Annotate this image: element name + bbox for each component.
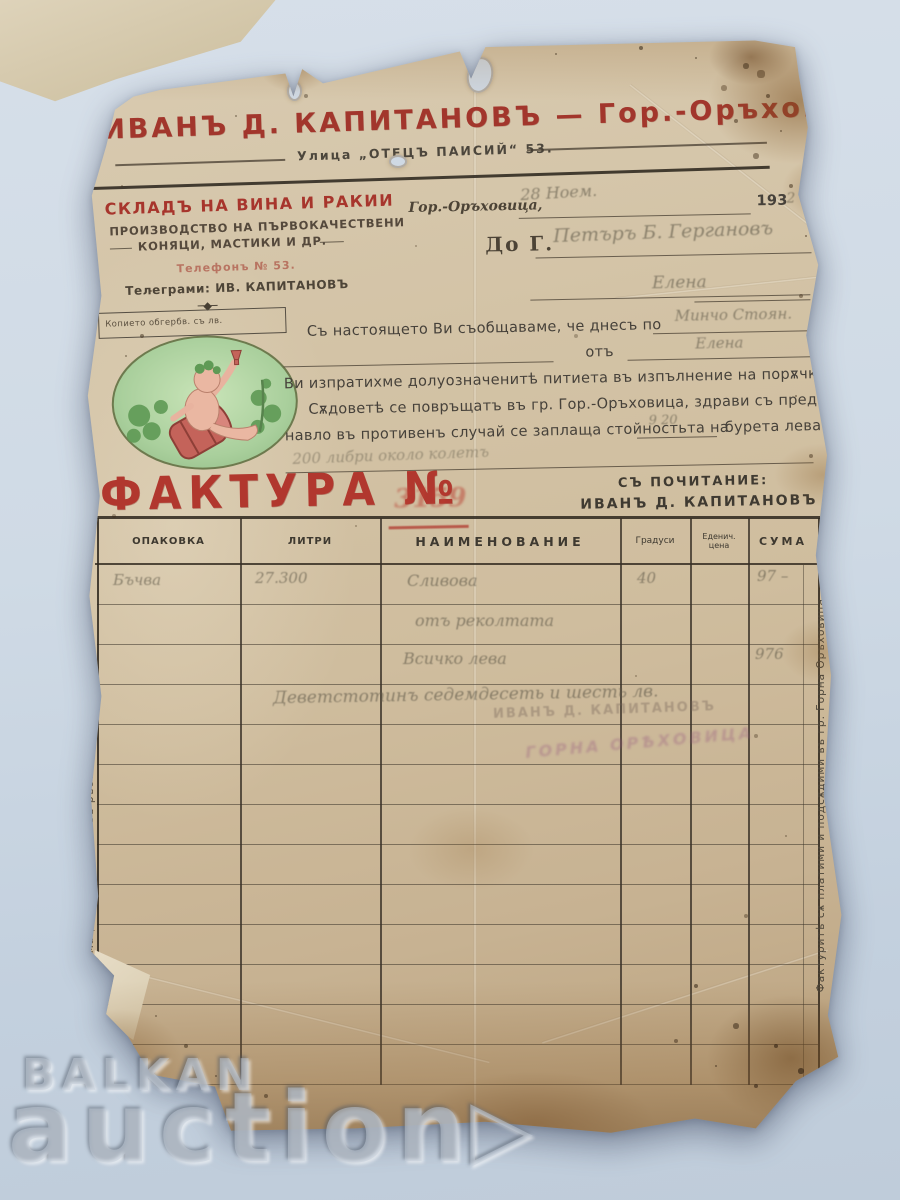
table-row [97,1005,818,1045]
hw-row3-suma: 976 [755,645,784,663]
column-line [748,518,750,1085]
table-row [97,885,818,925]
column-line-stotinki [803,565,804,1085]
column-line [380,518,382,1085]
table-row [97,925,818,965]
right-margin-note: Фактуритѣ сѫ платими и подсѫдими въ гр. … [815,583,827,1003]
photo-scene: ИВАНЪ Д. КАПИТАНОВЪ — Гор.-Оръховица Ули… [0,0,900,1200]
col-header-suma: СУМА [748,518,818,564]
paper-hole [287,81,302,101]
watermark-arrow-icon: ▷ [470,1082,539,1177]
col-header-litri: ЛИТРИ [240,518,380,564]
table-row [97,765,818,805]
watermark-auction: auction [8,1072,474,1184]
column-line [620,518,622,1085]
invoice-table: ОПАКОВКА ЛИТРИ НАИМЕНОВАНИЕ Градуси Еден… [55,35,855,1135]
paper-hole [389,155,407,168]
col-header-opakovka: ОПАКОВКА [97,518,240,564]
table-border-left [97,518,99,1085]
table-row [97,965,818,1005]
table-body [97,565,818,1085]
col-header-gradusi: Градуси [620,518,690,564]
invoice-paper-wrap: ИВАНЪ Д. КАПИТАНОВЪ — Гор.-Оръховица Ули… [55,35,855,1140]
column-line [690,518,692,1085]
left-margin-note: Рекламации се приематъ въ рѣстояние на 5… [84,650,96,996]
table-header-row: ОПАКОВКА ЛИТРИ НАИМЕНОВАНИЕ Градуси Еден… [97,518,818,564]
paper-speckles [55,35,57,37]
hw-row3-name: Всичко лева [403,649,507,668]
column-line [240,518,242,1085]
hw-row1-pack: Бъчва [113,571,161,589]
hw-row1-suma: 97 – [757,567,788,585]
hw-row1-litri: 27.300 [255,569,308,587]
col-header-edinichna-cena: Еденич. цена [690,518,748,564]
year-suffix: г. [802,194,813,208]
hw-row2-name: отъ реколтата [415,611,554,630]
hw-row1-grad: 40 [637,569,656,587]
hw-row1-name: Сливова [407,571,478,590]
invoice-paper: ИВАНЪ Д. КАПИТАНОВЪ — Гор.-Оръховица Ули… [55,35,855,1135]
table-row [97,805,818,845]
col-header-naimenovanie: НАИМЕНОВАНИЕ [380,518,620,564]
table-row [97,845,818,885]
